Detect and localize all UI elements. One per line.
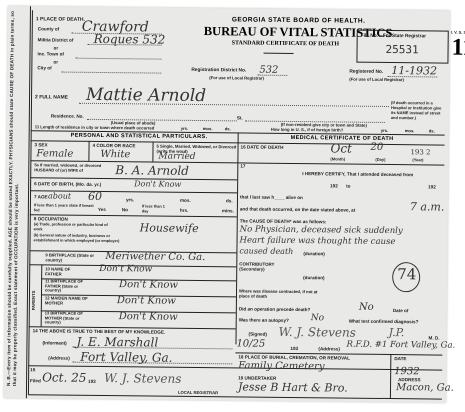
informant-address-label: (Address) bbox=[48, 355, 70, 360]
last-saw-text: that I last saw h____ alive on bbox=[240, 194, 303, 200]
margin-instructions: N. B.—Every item of information should b… bbox=[6, 6, 21, 386]
rule-355 bbox=[28, 365, 442, 370]
stamp-number: 74 bbox=[397, 265, 416, 283]
full-name-value: Mattie Arnold bbox=[86, 85, 206, 106]
burial-date-label: DATE bbox=[394, 356, 406, 361]
age-label: 7 AGE bbox=[34, 194, 48, 199]
sex-value: Female bbox=[36, 148, 73, 159]
mother-birthplace-label: 13 BIRTHPLACE OF MOTHER (State or countr… bbox=[45, 311, 95, 325]
mother-label: 12 MAIDEN NAME OF MOTHER bbox=[45, 295, 95, 306]
informant-address-value: Fort Valley, Ga. bbox=[80, 350, 172, 365]
dod-year: 193 2 bbox=[410, 148, 430, 156]
age-ds: ds. bbox=[226, 198, 233, 203]
rule-v1 bbox=[88, 141, 89, 161]
less-day-note: If less than 1 day bbox=[142, 204, 172, 214]
true-statement: 14 THE ABOVE IS TRUE TO THE BEST OF MY K… bbox=[33, 328, 166, 334]
age-hrs: hrs. bbox=[180, 208, 188, 213]
to-label: to bbox=[346, 184, 350, 189]
rule-v2 bbox=[152, 142, 153, 162]
age-value: 60 bbox=[88, 190, 102, 203]
title-rule bbox=[264, 53, 294, 54]
town-label: Inc. Town of bbox=[37, 51, 64, 56]
contributory-label: CONTRIBUTORY (Secondary) bbox=[239, 261, 289, 272]
residence-line bbox=[87, 119, 237, 122]
cause-line-1: No Physician, deceased sick suddenly bbox=[240, 224, 403, 236]
death-certificate: N. B.—Every item of information should b… bbox=[4, 6, 450, 403]
foreign-mos: mos. bbox=[405, 128, 415, 133]
town-line bbox=[75, 58, 161, 60]
city-line bbox=[61, 72, 161, 74]
race-label: 4 COLOR OR RACE bbox=[93, 143, 136, 148]
length-ds: ds. bbox=[225, 126, 231, 131]
dob-label: 6 DATE OF BIRTH, (Mo. da. yr.) bbox=[34, 181, 101, 187]
reg-district-label: Registration District No. bbox=[191, 68, 246, 74]
occupation-b: (b) General nature of industry, business… bbox=[34, 233, 134, 243]
parents-label: PARENTS bbox=[31, 291, 36, 311]
age-yrs: yrs. bbox=[126, 197, 134, 202]
series-number: 11 bbox=[451, 35, 465, 62]
filed-num: 15 bbox=[30, 367, 35, 372]
registrar-label: LOCAL REGISTRAR bbox=[178, 390, 218, 395]
occupation-label: 8 OCCUPATION bbox=[34, 216, 68, 221]
cause-line-3: caused death bbox=[239, 246, 293, 256]
occupation-a: (a) Trade, profession or particular kind… bbox=[34, 222, 114, 232]
breastfed-no: No bbox=[122, 207, 128, 212]
length-mos: mos. bbox=[203, 126, 213, 131]
duration-label-1: (duration) bbox=[303, 251, 324, 256]
file-box-label: File No.—For State Registrar bbox=[361, 34, 426, 40]
sign-address-value: R.F.D. #1 Fort Valley, Ga. bbox=[346, 340, 455, 351]
city-label: City of bbox=[37, 65, 51, 70]
certify-text: I HEREBY CERTIFY, That I attended deceas… bbox=[302, 171, 413, 177]
operation-value: No bbox=[359, 302, 374, 313]
residence-label: Residence. No. bbox=[51, 113, 84, 118]
personal-section-title: PERSONAL AND STATISTICAL PARTICULARS. bbox=[71, 133, 208, 140]
filed-year: 193 bbox=[88, 379, 96, 384]
burial-divider bbox=[390, 354, 391, 398]
dob-value: Don't Know bbox=[134, 179, 181, 188]
place-of-death-label: 1 PLACE OF DEATH. bbox=[36, 16, 85, 23]
father-birthplace-value: Don't Know bbox=[119, 279, 178, 291]
informant-label: (Informant) bbox=[42, 340, 66, 345]
file-number-box: File No.—For State Registrar 25531 bbox=[356, 30, 448, 64]
reg-district-value: 532 bbox=[259, 65, 278, 76]
informant-value: J. E. Marshall bbox=[76, 335, 158, 350]
center-divider bbox=[235, 132, 238, 344]
or-2: or bbox=[53, 59, 58, 64]
dod-day: 20 bbox=[370, 142, 383, 153]
death-time: 7 a.m. bbox=[410, 200, 445, 213]
full-name-label: 2 FULL NAME bbox=[35, 94, 68, 100]
foreign-ds: ds. bbox=[429, 128, 435, 133]
duration-label-2: (duration) bbox=[303, 275, 324, 280]
year-label: (Year) bbox=[412, 157, 423, 162]
hospital-note: (If death occurred in a Hospital or Inst… bbox=[391, 100, 443, 121]
sign-year: 193 bbox=[290, 346, 298, 351]
registered-label: Registered No. bbox=[349, 70, 383, 75]
foreign-yrs: yrs. bbox=[381, 128, 389, 133]
sex-label: 3 SEX bbox=[35, 142, 48, 147]
physician-signature: W. J. Stevens bbox=[279, 325, 356, 340]
autopsy-label: Was there an autopsy? bbox=[239, 317, 289, 323]
length-yrs: yrs. bbox=[181, 126, 189, 131]
age-mins: mins. bbox=[222, 208, 234, 213]
reg-district-note: (For use of Local Registrar) bbox=[209, 75, 264, 81]
cert-num: 17 bbox=[240, 163, 245, 168]
date-of-label: Date of bbox=[393, 308, 409, 313]
rule-bottom bbox=[28, 394, 442, 399]
mother-value: Don't Know bbox=[117, 295, 176, 307]
breastfed-yes: Yes bbox=[98, 207, 106, 212]
father-birthplace-label: 11 BIRTHPLACE OF FATHER (State or countr… bbox=[45, 279, 95, 293]
filed-label: Filed bbox=[30, 378, 41, 383]
contracted-label: Where was disease contracted, if not at … bbox=[239, 288, 319, 299]
registrar-signature: W. J. Stevens bbox=[104, 371, 181, 386]
autopsy-value: No bbox=[311, 313, 324, 323]
birthplace-value: Meriwether Co. Ga. bbox=[105, 251, 205, 263]
certificate-title: STANDARD CERTIFICATE OF DEATH bbox=[232, 40, 339, 47]
race-value: White bbox=[100, 149, 130, 160]
month-label: (Month) bbox=[330, 156, 345, 161]
sign-date: 10/25 bbox=[236, 338, 265, 349]
operation-label: Did an operation precede death? bbox=[239, 306, 311, 312]
or-1: or bbox=[54, 45, 59, 50]
militia-label: Militia District of bbox=[38, 37, 74, 42]
signed-label: (Signed) bbox=[249, 332, 267, 337]
father-value: Don't Know bbox=[99, 264, 152, 275]
dod-month: Oct bbox=[330, 141, 352, 155]
certificate-form: 1 PLACE OF DEATH. County of Crawford Mil… bbox=[28, 10, 446, 398]
test-label: What test confirmed diagnosis? bbox=[349, 319, 419, 325]
rule-med-150 bbox=[237, 162, 444, 165]
infant-note: If less than 1 years state if breast fed bbox=[34, 203, 94, 213]
spouse-value: B. A. Arnold bbox=[115, 163, 189, 178]
cause-label: The CAUSE OF DEATH* was as follows: bbox=[240, 218, 327, 224]
father-label: 10 NAME OF FATHER bbox=[45, 266, 85, 276]
marital-value: Married bbox=[158, 152, 195, 162]
death-occurred-text: and that death occurred, on the date sta… bbox=[240, 206, 355, 212]
age-prefix: about bbox=[48, 191, 71, 200]
sign-address-label: (Address) bbox=[318, 346, 340, 351]
spouse-label: 5a If married, widowed, or divorced HUSB… bbox=[34, 162, 104, 173]
day-label: (Day) bbox=[375, 157, 385, 162]
undertaker-value: Jesse B Hart & Bro. bbox=[238, 380, 348, 394]
county-label: County of bbox=[38, 26, 59, 31]
birthplace-label: 9 BIRTHPLACE (State or country) bbox=[45, 252, 100, 263]
signature-suffix: J.P. bbox=[389, 326, 405, 339]
age-mos: mos. bbox=[180, 198, 191, 203]
registered-value: 11-1932 bbox=[391, 64, 437, 77]
mother-birthplace-value: Don't Know bbox=[119, 311, 178, 323]
cause-line-2: Heart failure was thought the cause bbox=[240, 235, 396, 247]
burial-date: 1932 bbox=[394, 366, 420, 377]
board-title: GEORGIA STATE BOARD OF HEALTH. bbox=[232, 16, 366, 24]
registered-note: (For use of Local Registrar) bbox=[349, 77, 404, 83]
yr-suffix-2: 192 bbox=[428, 184, 436, 189]
left-margin: N. B.—Every item of information should b… bbox=[4, 6, 31, 398]
undertaker-address: Macon, Ga. bbox=[396, 382, 454, 394]
street-label: St. bbox=[237, 115, 243, 120]
file-number: 25531 bbox=[385, 43, 418, 56]
militia-value: Roques 532 bbox=[94, 32, 166, 47]
yr-suffix-1: 192 bbox=[330, 183, 338, 188]
burial-place: Family Cemetery bbox=[238, 360, 324, 372]
foreign-birth-label: How long in U. S., if of foreign birth? bbox=[271, 127, 344, 133]
dod-label: 16 DATE OF DEATH bbox=[241, 144, 284, 149]
filed-date: Oct. 25 bbox=[42, 370, 86, 384]
occupation-value: Housewife bbox=[140, 221, 199, 235]
